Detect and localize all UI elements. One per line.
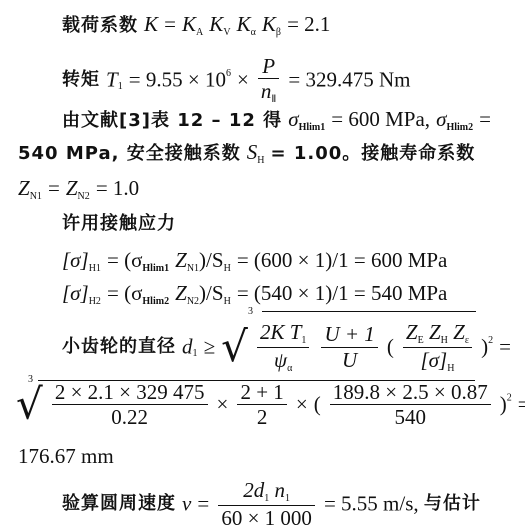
- torque-line: 转矩 T1 = 9.55 × 106 × P nⅡ = 329.475 Nm: [62, 54, 410, 106]
- pinion-diameter-formula: 小齿轮的直径 d1 ≥ √ 2K T1 ψα U + 1 U ( ZE ZH Z…: [62, 320, 511, 374]
- power-speed-fraction: P nⅡ: [258, 54, 279, 106]
- root-index-1: 3: [248, 306, 253, 317]
- peripheral-speed-line: 验算圆周速度 v = 2d1 n1 60 × 1 000 = 5.55 m/s,…: [62, 478, 481, 530]
- load-factor-label: 载荷系数: [62, 15, 138, 36]
- load-factor-value: = 2.1: [287, 12, 330, 36]
- torque-label: 转矩: [62, 69, 100, 90]
- reference-line: 由文献[3]表 12 – 12 得 σHlim1 = 600 MPa, σHli…: [62, 109, 491, 133]
- torque-value: = 329.475 Nm: [288, 67, 410, 91]
- root-vinculum-2: [38, 380, 475, 381]
- diameter-result: 176.67 mm: [18, 446, 114, 467]
- k-symbol: K: [144, 12, 158, 36]
- load-factor-line: 载荷系数 K = KA KV Kα Kβ = 2.1: [62, 14, 330, 38]
- root-vinculum-1: [262, 311, 476, 312]
- life-factor-line: ZN1 = ZN2 = 1.0: [18, 178, 139, 202]
- root-index-2: 3: [28, 374, 33, 385]
- cube-root-symbol: √: [16, 380, 43, 429]
- allowable-stress-heading: 许用接触应力: [62, 214, 176, 233]
- allowable-stress-h1: [σ]H1 = (σHlim1 ZN1)/SH = (600 × 1)/1 = …: [62, 250, 447, 274]
- cube-root-symbol: √: [221, 322, 248, 371]
- pinion-diameter-substitution: √ 2 × 2.1 × 329 475 0.22 × 2 + 1 2 × ( 1…: [16, 380, 525, 429]
- safety-factor-line: 540 MPa, 安全接触系数 SH = 1.00。接触寿命系数: [18, 142, 475, 166]
- allowable-stress-h2: [σ]H2 = (σHlim2 ZN2)/SH = (540 × 1)/1 = …: [62, 283, 447, 307]
